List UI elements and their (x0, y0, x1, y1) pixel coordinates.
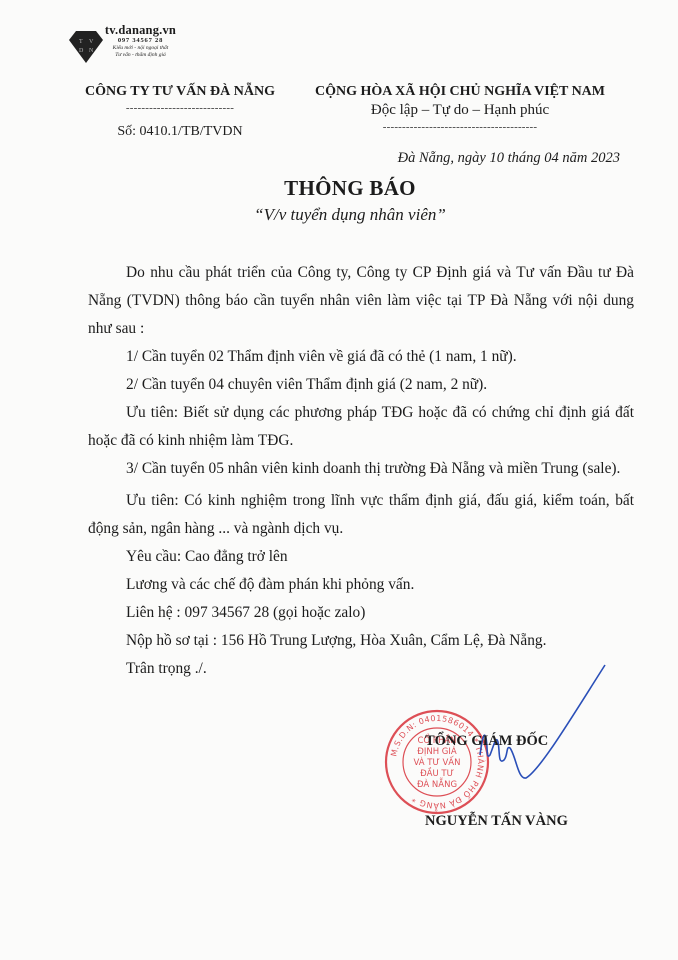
item-3: 3/ Cần tuyển 05 nhân viên kinh doanh thị… (88, 455, 634, 483)
svg-text:T: T (79, 39, 83, 45)
intro-paragraph: Do nhu cầu phát triển của Công ty, Công … (88, 259, 634, 343)
date-line: Đà Nẵng, ngày 10 tháng 04 năm 2023 (380, 150, 620, 167)
submit-address: Nộp hồ sơ tại : 156 Hồ Trung Lượng, Hòa … (88, 627, 634, 655)
signature-mark (470, 660, 610, 790)
logo-phone: 097 34567 28 (98, 37, 183, 45)
company-divider: ---------------------------- (60, 101, 300, 115)
national-header: CỘNG HÒA XÃ HỘI CHỦ NGHĨA VIỆT NAM Độc l… (300, 83, 620, 134)
republic-name: CỘNG HÒA XÃ HỘI CHỦ NGHĨA VIỆT NAM (300, 83, 620, 101)
priority-2: Ưu tiên: Có kinh nghiệm trong lĩnh vực t… (88, 487, 634, 543)
company-logo: T V D N tv.danang.vn 097 34567 28 Kiểu m… (68, 24, 183, 68)
item-2: 2/ Cần tuyển 04 chuyên viên Thẩm định gi… (88, 371, 634, 399)
salary: Lương và các chế độ đàm phán khi phỏng v… (88, 571, 634, 599)
document-subtitle: “V/v tuyển dụng nhân viên” (220, 205, 480, 225)
item-1: 1/ Cần tuyển 02 Thẩm định viên về giá đã… (88, 343, 634, 371)
national-motto: Độc lập – Tự do – Hạnh phúc (300, 101, 620, 120)
contact: Liên hệ : 097 34567 28 (gọi hoặc zalo) (88, 599, 634, 627)
signer-position: TỔNG GIÁM ĐỐC (425, 733, 548, 750)
document-number: Số: 0410.1/TB/TVDN (60, 123, 300, 141)
signer-name: NGUYỄN TẤN VÀNG (425, 813, 568, 830)
document-title: THÔNG BÁO (220, 176, 480, 201)
motto-divider: ---------------------------------------- (300, 120, 620, 134)
priority-1: Ưu tiên: Biết sử dụng các phương pháp TĐ… (88, 399, 634, 455)
svg-text:N: N (89, 48, 94, 54)
logo-tagline-1: Kiểu mới - nội ngoại thất (98, 45, 183, 52)
requirement: Yêu cầu: Cao đẳng trở lên (88, 543, 634, 571)
logo-site: tv.danang.vn (98, 24, 183, 37)
company-header: CÔNG TY TƯ VẤN ĐÀ NẴNG -----------------… (60, 83, 300, 141)
svg-text:D: D (79, 48, 84, 54)
svg-text:VÀ TƯ VẤN: VÀ TƯ VẤN (414, 756, 461, 768)
document-body: Do nhu cầu phát triển của Công ty, Công … (88, 259, 634, 683)
logo-tagline-2: Tư vấn - thẩm định giá (98, 52, 183, 59)
svg-text:V: V (89, 39, 94, 45)
company-name: CÔNG TY TƯ VẤN ĐÀ NẴNG (60, 83, 300, 101)
